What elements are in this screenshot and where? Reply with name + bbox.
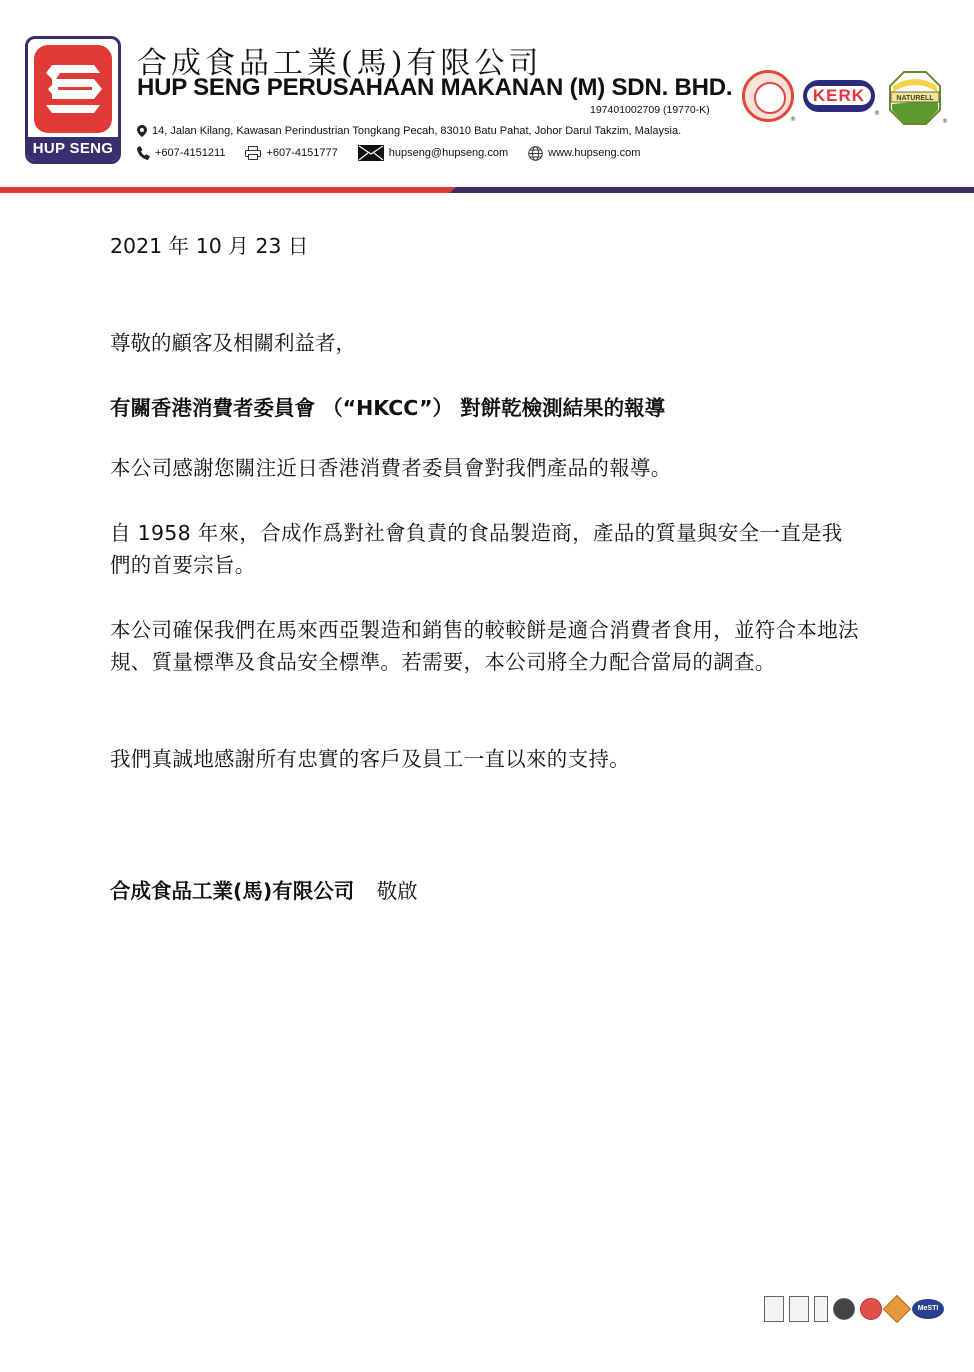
hup-seng-logo: HUP SENG (25, 36, 121, 164)
globe-icon (528, 146, 543, 161)
email-contact: hupseng@hupseng.com (358, 145, 508, 161)
certification-badge (833, 1298, 855, 1320)
letter-date: 2021 年 10 月 23 日 (110, 229, 308, 259)
paragraph-1: 本公司感謝您關注近日香港消費者委員會對我們產品的報導。 (110, 452, 862, 484)
website-url[interactable]: www.hupseng.com (548, 147, 640, 159)
salutation: 尊敬的顧客及相關利益者， (110, 326, 356, 356)
website-contact: www.hupseng.com (528, 146, 640, 161)
company-name-english: HUP SENG PERUSAHAAN MAKANAN (M) SDN. BHD… (137, 74, 732, 102)
svg-text:NATURELL: NATURELL (896, 95, 934, 102)
signature: 合成食品工業(馬)有限公司 敬啟 (110, 874, 418, 904)
gmp-badge (883, 1295, 911, 1323)
s-logo-icon (42, 59, 104, 119)
paragraph-2: 自 1958 年來，合成作爲對社會負責的食品製造商，產品的質量與安全一直是我們的… (110, 517, 862, 581)
envelope-icon (358, 145, 384, 161)
fax-contact: +607-4151777 (245, 146, 337, 160)
mesti-badge: MeSTI (912, 1299, 944, 1319)
haccp-badge (860, 1298, 882, 1320)
paragraph-4: 我們真誠地感謝所有忠實的客戶及員工一直以來的支持。 (110, 743, 862, 775)
paragraph-3: 本公司確保我們在馬來西亞製造和銷售的較較餅是適合消費者食用，並符合本地法規、質量… (110, 614, 862, 678)
contact-line: +607-4151211 +607-4151777 hupseng@hupsen… (137, 145, 660, 161)
naturell-brand-logo: NATURELL (888, 70, 942, 126)
phone-icon (137, 146, 150, 160)
email-address[interactable]: hupseng@hupseng.com (389, 147, 508, 159)
certification-badge (789, 1296, 809, 1322)
certification-badge (814, 1296, 828, 1322)
address-text: 14, Jalan Kilang, Kawasan Perindustrian … (152, 125, 681, 137)
fax-number: +607-4151777 (266, 147, 337, 159)
certification-badge (764, 1296, 784, 1322)
header-divider-purple (450, 187, 974, 193)
certification-logos: MeSTI (764, 1296, 944, 1322)
seal-brand-logo (742, 70, 794, 122)
phone-number: +607-4151211 (155, 147, 225, 159)
registration-number: 197401002709 (19770-K) (590, 104, 710, 116)
phone-contact: +607-4151211 (137, 146, 225, 160)
fax-printer-icon (245, 146, 261, 160)
signature-closing: 敬啟 (377, 879, 418, 903)
address-line: 14, Jalan Kilang, Kawasan Perindustrian … (137, 125, 681, 137)
header-divider-red (0, 187, 456, 193)
subject-heading: 有關香港消費者委員會 （“HKCC”） 對餅乾檢測結果的報導 (110, 391, 665, 421)
brand-logos: ® KERK ® NATURELL ® (740, 68, 960, 128)
letterhead: HUP SENG 合成食品工業(馬)有限公司 HUP SENG PERUSAHA… (0, 0, 974, 200)
kerk-brand-logo: KERK (803, 80, 875, 112)
location-pin-icon (137, 125, 147, 137)
logo-text: HUP SENG (28, 137, 118, 161)
signature-company: 合成食品工業(馬)有限公司 (110, 879, 354, 903)
